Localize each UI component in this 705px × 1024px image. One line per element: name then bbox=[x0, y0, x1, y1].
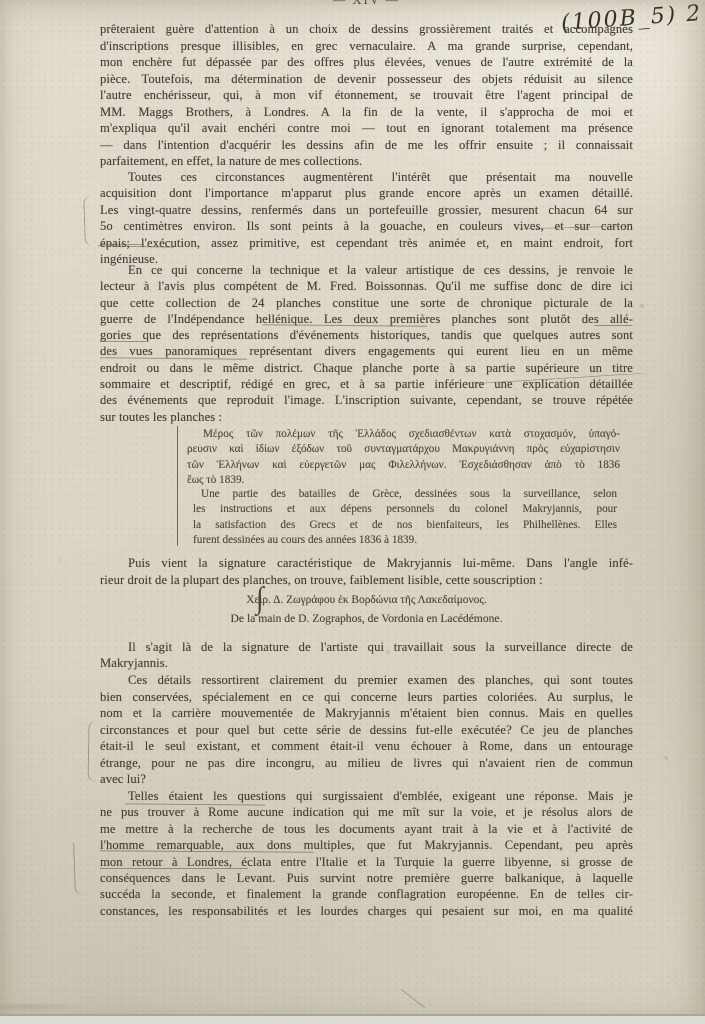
pencil-margin-line-questions bbox=[87, 720, 97, 782]
text-line: — dans l'intention d'acquérir les dessin… bbox=[100, 137, 633, 154]
text-line: des vues panoramiques représentant diver… bbox=[100, 343, 633, 359]
text-line: avec lui? bbox=[100, 771, 633, 788]
blockquote-french-translation: Une partie des batailles de Grèce, dessi… bbox=[193, 487, 617, 548]
text-line: sommaire et descriptif, rédigé en grec, … bbox=[100, 376, 633, 392]
text-line: mon retour à Londres, éclata entre l'Ita… bbox=[100, 854, 633, 870]
smudge-bottom-left bbox=[0, 1003, 90, 1011]
text-line: furent dessinées au cours des années 183… bbox=[193, 533, 617, 548]
pencil-margin-bracket bbox=[83, 196, 94, 246]
text-line: que cette collection de 24 planches cons… bbox=[100, 295, 633, 311]
text-line: épais; l'exécution, assez primitive, est… bbox=[100, 235, 633, 251]
signature-greek: Χειρ. Δ. Ζωγράφου ἐκ Βορδώνια τῆς Λακεδα… bbox=[100, 594, 633, 606]
text-line: l'homme remarquable, aux dons multiples,… bbox=[100, 837, 633, 853]
text-line: d'inscriptions presque illisibles, en gr… bbox=[100, 38, 633, 55]
text-line: Il s'agit là de la signature de l'artist… bbox=[100, 639, 633, 655]
text-line: mon enchère fut dépassée par des offres … bbox=[100, 54, 633, 71]
text-line: En ce qui concerne la technique et la va… bbox=[100, 262, 633, 278]
text-line: Toutes ces circonstances augmentèrent l'… bbox=[100, 169, 633, 185]
text-line: sur toutes les planches : bbox=[100, 409, 633, 425]
scanner-bottom-edge bbox=[0, 1014, 705, 1024]
text-line: ne pus trouver à Rome aucune indication … bbox=[100, 804, 633, 820]
text-line: me mettre à la recherche de tous les doc… bbox=[100, 821, 633, 837]
paragraph-technique: En ce qui concerne la technique et la va… bbox=[100, 262, 633, 425]
text-line: Telles étaient les questions qui surgiss… bbox=[100, 788, 633, 804]
text-line: bien conservées, spécialement en ce qui … bbox=[100, 689, 633, 706]
text-line: circonstances et pour quel but cette sér… bbox=[100, 722, 633, 739]
text-line: acquisition dont l'importance m'apparut … bbox=[100, 185, 633, 201]
text-line: prêteraient guère d'attention à un choix… bbox=[100, 21, 633, 38]
pencil-margin-line-retour bbox=[73, 843, 83, 895]
text-line: Makryjannis. bbox=[100, 655, 633, 671]
text-line: guerre de l'Indépendance hellénique. Les… bbox=[100, 311, 633, 327]
pen-stroke-bottom-corner bbox=[401, 989, 425, 1008]
text-line: 5o centimètres environ. Ils sont peints … bbox=[100, 218, 633, 234]
paragraph-questions: Telles étaient les questions qui surgiss… bbox=[100, 788, 633, 919]
text-line: succéda la seconde, et finalement la gra… bbox=[100, 886, 633, 902]
paragraph-artist-signature: Il s'agit là de la signature de l'artist… bbox=[100, 639, 633, 672]
text-line: Ces détails ressortirent clairement du p… bbox=[100, 672, 633, 689]
scanned-page: — XIV — (100B_5) 2 prêteraient guère d'a… bbox=[0, 0, 705, 1024]
text-line: parfaitement, en effet, la nature de mes… bbox=[100, 153, 633, 170]
text-line: conséquences dans le Levant. Puis survin… bbox=[100, 870, 633, 886]
pen-blockquote-bar bbox=[177, 426, 178, 546]
text-line: MM. Maggs Brothers, à Londres. A la fin … bbox=[100, 104, 633, 121]
text-line: Les vingt-quatre dessins, renfermés dans… bbox=[100, 202, 633, 218]
paragraph-details: Ces détails ressortirent clairement du p… bbox=[100, 672, 633, 788]
text-line: les instructions et aux dépens personnel… bbox=[193, 502, 617, 517]
text-line: la satisfaction des Grecs et de nos bien… bbox=[193, 518, 617, 533]
paragraph-signature-intro: Puis vient la signature caractéristique … bbox=[100, 555, 633, 588]
text-line: endroit ou dans le même district. Chaque… bbox=[100, 360, 633, 376]
text-line: l'autre enchérisseur, qui, à mon vif éto… bbox=[100, 87, 633, 104]
text-line: ρευσιν καὶ ἰδίων ἐξόδων τοῦ συνταγματάρχ… bbox=[187, 442, 620, 457]
text-line: était-il le seul existant, et comment ét… bbox=[100, 738, 633, 755]
text-line: étrange, pour ne pas dire incongru, au m… bbox=[100, 755, 633, 772]
text-line: constances, les responsabilités et les l… bbox=[100, 903, 633, 919]
blockquote-greek-inscription: Μέρος τῶν πολέμων τῆς Ἑλλάδος σχεδιασθέν… bbox=[187, 427, 620, 489]
text-line: lecteur à l'avis plus compétent de M. Fr… bbox=[100, 278, 633, 294]
text-line: rieur droit de la plupart des planches, … bbox=[100, 572, 633, 589]
paragraph-auction-story: prêteraient guère d'attention à un choix… bbox=[100, 21, 633, 170]
text-line: pièce. Toutefois, ma détermination de de… bbox=[100, 71, 633, 88]
text-line: Puis vient la signature caractéristique … bbox=[100, 555, 633, 572]
text-line: gories que des représentations d'événeme… bbox=[100, 327, 633, 343]
text-line: des événements que reproduit l'image. L'… bbox=[100, 392, 633, 408]
text-line: τῶν Ἑλλήνων καὶ εὐεργετῶν μας Φιλελλήνων… bbox=[187, 458, 620, 473]
text-line: nom et la carrière mouvementée de Makryj… bbox=[100, 705, 633, 722]
signature-french: De la main de D. Zographos, de Vordonia … bbox=[100, 612, 633, 625]
text-line: Μέρος τῶν πολέμων τῆς Ἑλλάδος σχεδιασθέν… bbox=[187, 427, 620, 442]
page-number: — XIV — bbox=[100, 0, 633, 8]
text-line: m'expliqua qu'il avait enchéri contre mo… bbox=[100, 120, 633, 137]
paragraph-acquisition: Toutes ces circonstances augmentèrent l'… bbox=[100, 169, 633, 267]
text-line: Une partie des batailles de Grèce, dessi… bbox=[193, 487, 617, 502]
